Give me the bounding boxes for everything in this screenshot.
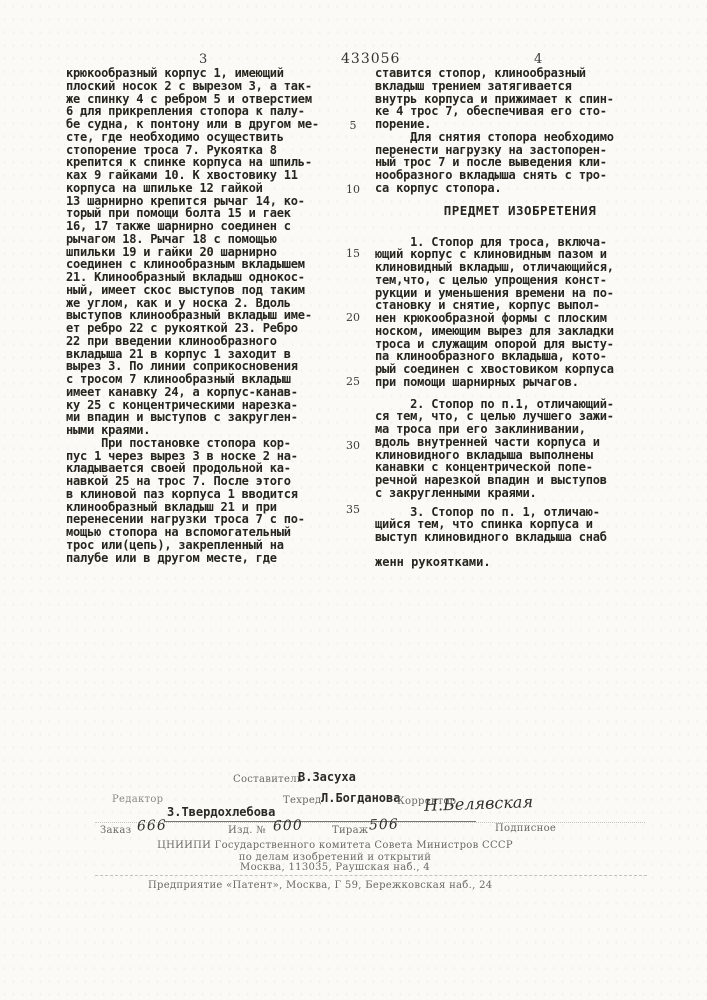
text-line: 22 при введении клинообразного [66, 335, 362, 348]
zakaz-value-handwritten: 666 [137, 817, 167, 834]
text-line: при помощи шарнирных рычагов. [375, 376, 665, 389]
izd-label: Изд. № [228, 825, 266, 836]
paragraph-stopper-removal: Для снятия стопора необходимоперенести н… [375, 131, 665, 195]
text-line: с закругленными краями. [375, 487, 665, 500]
org-address-line-3: Москва, 113035, Раушская наб., 4 [95, 862, 575, 873]
text-line: порение. [375, 118, 665, 131]
text-line: мощью стопора на вспомогательный [66, 526, 362, 539]
text-line: вдоль внутренней части корпуса и [375, 436, 665, 449]
text-line: тем,что, с целью упрощения конст- [375, 274, 665, 287]
text-line: плоский носок 2 с вырезом 3, а так- [66, 80, 362, 93]
text-line: трос или(цепь), закрепленный на [66, 539, 362, 552]
text-line: 15 [340, 247, 366, 260]
text-line: крюкообразный корпус 1, имеющий [66, 67, 362, 80]
text-line: ма троса при его заклинивании, [375, 423, 665, 436]
text-line: При постановке стопора кор- [66, 437, 362, 450]
text-line: вкладыш трением затягивается [375, 80, 665, 93]
text-line: рычагом 18. Рычаг 18 с помощью [66, 233, 362, 246]
text-line: ный, имеет скос выступов под таким [66, 284, 362, 297]
text-line: корпуса на шпильке 12 гайкой [66, 182, 362, 195]
right-column-page-number: 4 [534, 52, 542, 67]
claims-section-heading: ПРЕДМЕТ ИЗОБРЕТЕНИЯ [375, 204, 665, 217]
podpisnoe-label: Подписное [495, 823, 556, 834]
text-line: носком, имеющим вырез для закладки [375, 325, 665, 338]
text-line: 35 [340, 503, 366, 516]
left-column-page-number: 3 [199, 52, 207, 67]
claim-1: 1. Стопор для троса, включа-ющий корпус … [375, 236, 665, 389]
text-line: имеет канавку 24, а корпус-канав- [66, 386, 362, 399]
text-line: с тросом 7 клинообразный вкладыш [66, 373, 362, 386]
tirazh-label: Тираж [332, 825, 368, 836]
text-line: бе судна, к понтону или в другом ме- [66, 118, 362, 131]
patent-page: 3 433056 4 крюкообразный корпус 1, имеющ… [0, 0, 707, 1000]
text-line: ными краями. [66, 424, 362, 437]
tirazh-value-handwritten: 506 [369, 816, 399, 833]
text-line: палубе или в другом месте, где [66, 552, 362, 565]
printer-address-line: Предприятие «Патент», Москва, Г 59, Бере… [148, 880, 492, 891]
text-line: ставится стопор, клинообразный [375, 67, 665, 80]
zakaz-label: Заказ [100, 825, 131, 836]
text-line: 30 [340, 439, 366, 452]
text-line: нен крюкообразной формы с плоским [375, 312, 665, 325]
org-address-line-1: ЦНИИПИ Государственного комитета Совета … [95, 840, 575, 851]
text-line: навкой 25 на трос 7. После этого [66, 475, 362, 488]
text-line: в клиновой паз корпуса 1 вводится [66, 488, 362, 501]
redaktor-label: Редактор [112, 794, 163, 805]
text-line: нообразного вкладыша снять с тро- [375, 169, 665, 182]
sostavitel-label: Составитель [233, 774, 303, 785]
left-column-text: крюкообразный корпус 1, имеющийплоский н… [66, 67, 362, 564]
right-column-text: ставится стопор, клинообразныйвкладыш тр… [375, 67, 665, 569]
claim-3: 3. Стопор по п. 1, отличаю-щийся тем, чт… [375, 506, 665, 544]
text-line: 21. Клинообразный вкладыш однокос- [66, 271, 362, 284]
izd-value-handwritten: 600 [273, 817, 303, 834]
redaktor-name: З.Твердохлебова [167, 805, 275, 819]
text-line: речной нарезкой впадин и выступов [375, 474, 665, 487]
paragraph-stopper-action: ставится стопор, клинообразныйвкладыш тр… [375, 67, 665, 131]
korrektor-signature: Н.Белявская [424, 792, 534, 815]
dashed-divider [95, 875, 647, 876]
tehred-label: Техред [283, 795, 322, 806]
text-line: сте, где необходимо осуществить [66, 131, 362, 144]
text-line: 5 [340, 119, 366, 132]
text-line: са корпус стопора. [375, 182, 665, 195]
text-line: 20 [340, 311, 366, 324]
text-line: 16, 17 также шарнирно соединен с [66, 220, 362, 233]
text-line: Для снятия стопора необходимо [375, 131, 665, 144]
text-line: рый соединен с хвостовиком корпуса [375, 363, 665, 376]
text-line: ет ребро 22 с рукояткой 23. Ребро [66, 322, 362, 335]
text-line: 25 [340, 375, 366, 388]
text-line: клиновидный вкладыш, отличающийся, [375, 261, 665, 274]
text-line: ках 9 гайками 10. К хвостовику 11 [66, 169, 362, 182]
tehred-name: Л.Богданова [321, 791, 400, 805]
sostavitel-name: В.Засуха [298, 770, 356, 784]
claim-2: 2. Стопор по п.1, отличающий-ся тем, что… [375, 398, 665, 500]
text-line: выступ клиновидного вкладыша снаб [375, 531, 665, 544]
text-line: 10 [340, 183, 366, 196]
gutter-line-numbers: 5101520253035 [340, 0, 366, 600]
claim-3-tail-line: женн рукоятками. [375, 556, 665, 569]
